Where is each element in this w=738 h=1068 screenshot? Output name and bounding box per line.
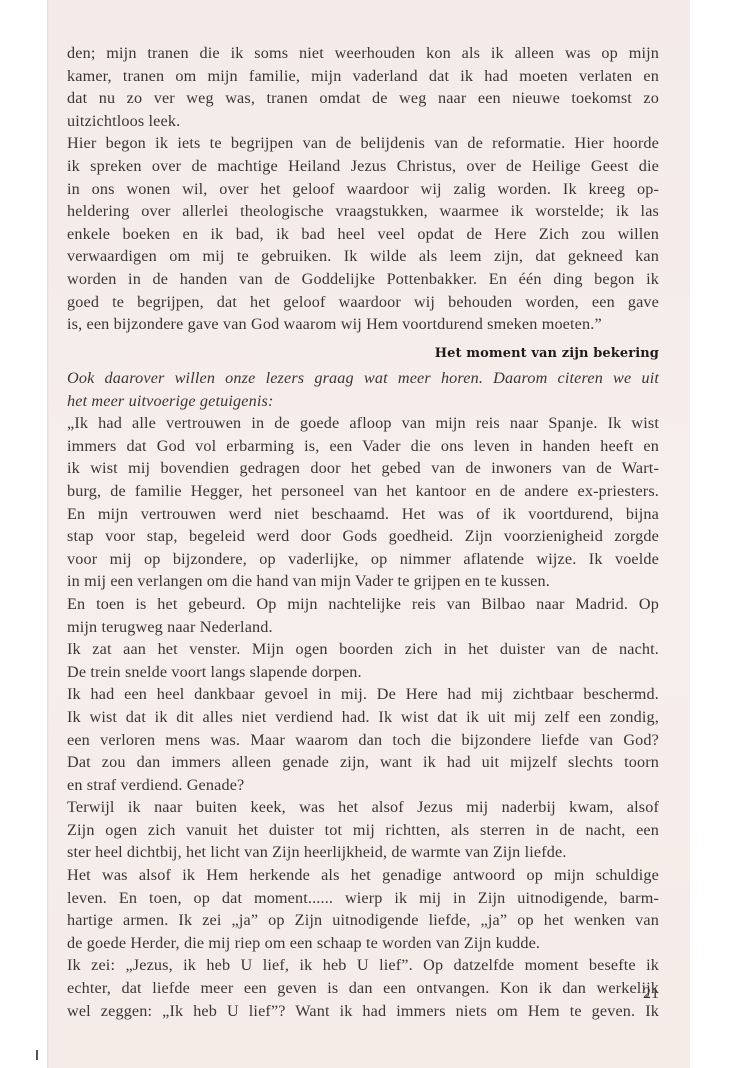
paragraph: Het was alsof ik Hem herkende als het ge… bbox=[67, 864, 659, 954]
text-line: wel zeggen: „Ik heb U lief”? Want ik had… bbox=[67, 1000, 659, 1023]
text-line: „Ik had alle vertrouwen in de goede aflo… bbox=[67, 412, 659, 435]
text-line: heldering over allerlei theologische vra… bbox=[67, 200, 659, 223]
paragraph: „Ik had alle vertrouwen in de goede aflo… bbox=[67, 412, 659, 593]
text-line: De trein snelde voort langs slapende dor… bbox=[67, 661, 659, 684]
text-line: een verloren mens was. Maar waarom dan t… bbox=[67, 729, 659, 752]
page-edge-shadow bbox=[47, 0, 49, 1068]
text-line: mijn terugweg naar Nederland. bbox=[67, 616, 659, 639]
paragraph: Hier begon ik iets te begrijpen van de b… bbox=[67, 132, 659, 335]
text-line: ik spreken over de machtige Heiland Jezu… bbox=[67, 155, 659, 178]
text-line: in mij een verlangen om die hand van mij… bbox=[67, 570, 659, 593]
paragraph: den; mijn tranen die ik soms niet weerho… bbox=[67, 42, 659, 132]
page-number: 21 bbox=[560, 985, 659, 1003]
paragraph: En toen is het gebeurd. Op mijn nachteli… bbox=[67, 593, 659, 638]
text-line: hartige armen. Ik zei „ja” op Zijn uitno… bbox=[67, 909, 659, 932]
text-line: uitzichtloos leek. bbox=[67, 110, 659, 133]
text-line: ster heel dichtbij, het licht van Zijn h… bbox=[67, 841, 659, 864]
text-line: den; mijn tranen die ik soms niet weerho… bbox=[67, 42, 659, 65]
paragraph: Terwijl ik naar buiten keek, was het als… bbox=[67, 796, 659, 864]
text-line: immers dat God vol erbarming is, een Vad… bbox=[67, 435, 659, 458]
text-line: voor mij op bijzondere, op vaderlijke, o… bbox=[67, 548, 659, 571]
text-line: verwaardigen om mij te gebruiken. Ik wil… bbox=[67, 245, 659, 268]
text-line: En toen is het gebeurd. Op mijn nachteli… bbox=[67, 593, 659, 616]
paragraph: Ik had een heel dankbaar gevoel in mij. … bbox=[67, 683, 659, 796]
text-line: Ik zei: „Jezus, ik heb U lief, ik heb U … bbox=[67, 954, 659, 977]
text-line: Ik zat aan het venster. Mijn ogen boorde… bbox=[67, 638, 659, 661]
text-line: Het was alsof ik Hem herkende als het ge… bbox=[67, 864, 659, 887]
text-line: Ik wist dat ik dit alles niet verdiend h… bbox=[67, 706, 659, 729]
text-line: Hier begon ik iets te begrijpen van de b… bbox=[67, 132, 659, 155]
body-text-top: den; mijn tranen die ik soms niet weerho… bbox=[67, 42, 659, 336]
text-line: burg, de familie Hegger, het personeel v… bbox=[67, 480, 659, 503]
text-line: Dat zou dan immers alleen genade zijn, w… bbox=[67, 751, 659, 774]
text-line: het meer uitvoerige getuigenis: bbox=[67, 390, 659, 413]
text-line: Ook daarover willen onze lezers graag wa… bbox=[67, 367, 659, 390]
text-line: ik wist mij bovendien gedragen door het … bbox=[67, 457, 659, 480]
text-line: en straf verdiend. Genade? bbox=[67, 774, 659, 797]
text-line: de goede Herder, die mij riep om een sch… bbox=[67, 932, 659, 955]
text-line: enkele boeken en ik bad, ik bad heel vee… bbox=[67, 223, 659, 246]
section-heading: Het moment van zijn bekering bbox=[67, 346, 659, 361]
paragraph: Ik zat aan het venster. Mijn ogen boorde… bbox=[67, 638, 659, 683]
text-line: is, een bijzondere gave van God waarom w… bbox=[67, 313, 659, 336]
text-line: leven. En toen, op dat moment...... wier… bbox=[67, 887, 659, 910]
text-line: Terwijl ik naar buiten keek, was het als… bbox=[67, 796, 659, 819]
scan-mark bbox=[36, 1050, 38, 1060]
text-line: in ons wonen wil, over het geloof waardo… bbox=[67, 178, 659, 201]
text-line: worden in de handen van de Goddelijke Po… bbox=[67, 268, 659, 291]
intro-paragraph: Ook daarover willen onze lezers graag wa… bbox=[67, 367, 659, 412]
text-line: goed te begrijpen, dat het geloof waardo… bbox=[67, 291, 659, 314]
body-text-bottom: Ook daarover willen onze lezers graag wa… bbox=[67, 367, 659, 1022]
text-line: dat nu zo ver weg was, tranen omdat de w… bbox=[67, 87, 659, 110]
text-line: Zijn ogen zich vanuit het duister tot mi… bbox=[67, 819, 659, 842]
text-line: stap voor stap, begeleid werd door Gods … bbox=[67, 525, 659, 548]
text-line: Ik had een heel dankbaar gevoel in mij. … bbox=[67, 683, 659, 706]
text-line: kamer, tranen om mijn familie, mijn vade… bbox=[67, 65, 659, 88]
text-line: En mijn vertrouwen werd niet beschaamd. … bbox=[67, 503, 659, 526]
